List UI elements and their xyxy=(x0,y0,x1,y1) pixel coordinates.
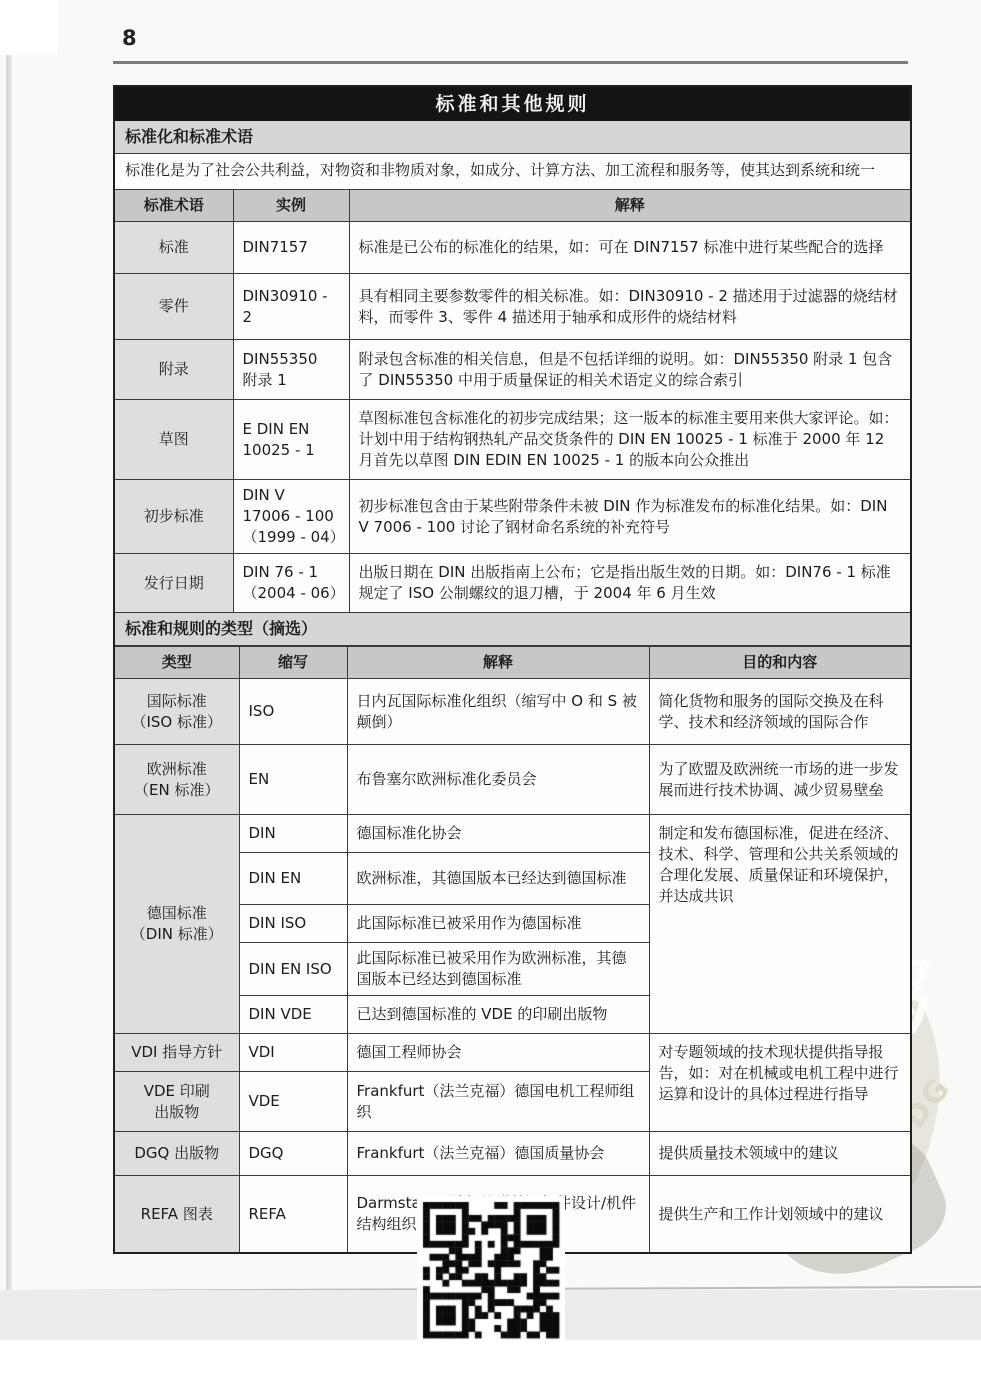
type-cell: DGQ 出版物 xyxy=(115,1132,239,1176)
table-row-en: 欧洲标准 （EN 标准） EN 布鲁塞尔欧洲标准化委员会 为了欧盟及欧洲统一市场… xyxy=(115,745,910,815)
scan-edge-shadow xyxy=(6,55,12,1290)
purpose-cell-din-group: 制定和发布德国标准，促进在经济、技术、科学、管理和公共关系领域的合理化发展、质量… xyxy=(649,815,910,1034)
column-header-abbr: 缩写 xyxy=(239,647,347,679)
purpose-cell: 提供生产和工作计划领域中的建议 xyxy=(649,1176,910,1252)
explanation-cell: 日内瓦国际标准化组织（缩写中 O 和 S 被颠倒） xyxy=(347,679,649,745)
explanation-cell: 草图标准包含标准化的初步完成结果；这一版本的标准主要用来供大家评论。如：计划中用… xyxy=(349,400,910,480)
page-number: 8 xyxy=(122,26,137,50)
explanation-cell: Frankfurt（法兰克福）德国电机工程师组织 xyxy=(347,1072,649,1132)
example-cell: DIN30910 - 2 xyxy=(233,274,349,340)
explanation-cell: 初步标准包含由于某些附带条件未被 DIN 作为标准发布的标准化结果。如：DIN … xyxy=(349,480,910,554)
explanation-cell: 出版日期在 DIN 出版指南上公布；它是指出版生效的日期。如：DIN76 - 1… xyxy=(349,554,910,612)
header-rule xyxy=(113,61,908,65)
explanation-cell: 已达到德国标准的 VDE 的印刷出版物 xyxy=(347,996,649,1034)
explanation-cell: 德国标准化协会 xyxy=(347,815,649,853)
explanation-cell: 附录包含标准的相关信息，但是不包括详细的说明。如：DIN55350 附录 1 包… xyxy=(349,340,910,400)
column-header-example: 实例 xyxy=(233,190,349,222)
column-header-explanation: 解释 xyxy=(349,190,910,222)
explanation-cell: 此国际标准已被采用作为欧洲标准，其德国版本已经达到德国标准 xyxy=(347,943,649,996)
table-row: 发行日期 DIN 76 - 1 （2004 - 06） 出版日期在 DIN 出版… xyxy=(115,554,910,612)
abbr-cell: DGQ xyxy=(239,1132,347,1176)
intro-text: 标准化是为了社会公共利益，对物资和非物质对象，如成分、计算方法、加工流程和服务等… xyxy=(115,154,910,189)
qr-code xyxy=(417,1196,565,1342)
purpose-cell: 简化货物和服务的国际交换及在科学、技术和经济领域的国际合作 xyxy=(649,679,910,745)
table-row: 初步标准 DIN V 17006 - 100 （1999 - 04） 初步标准包… xyxy=(115,480,910,554)
section-heading-types: 标准和规则的类型（摘选） xyxy=(115,612,910,646)
term-cell: 初步标准 xyxy=(115,480,233,554)
column-header-explanation: 解释 xyxy=(347,647,649,679)
term-cell: 发行日期 xyxy=(115,554,233,612)
table-row: 草图 E DIN EN 10025 - 1 草图标准包含标准化的初步完成结果；这… xyxy=(115,400,910,480)
scan-corner xyxy=(0,0,58,55)
abbr-cell: DIN xyxy=(239,815,347,853)
type-cell: REFA 图表 xyxy=(115,1176,239,1252)
table-header-row: 类型 缩写 解释 目的和内容 xyxy=(115,647,910,679)
explanation-cell: Frankfurt（法兰克福）德国质量协会 xyxy=(347,1132,649,1176)
purpose-cell: 为了欧盟及欧洲统一市场的进一步发展而进行技术协调、减少贸易壁垒 xyxy=(649,745,910,815)
table-row: 标准 DIN7157 标准是已公布的标准化的结果，如：可在 DIN7157 标准… xyxy=(115,222,910,274)
abbr-cell: DIN EN ISO xyxy=(239,943,347,996)
section-heading-terms: 标准化和标准术语 xyxy=(115,121,910,154)
example-cell: DIN55350 附录 1 xyxy=(233,340,349,400)
abbr-cell: DIN ISO xyxy=(239,905,347,943)
table-row-dgq: DGQ 出版物 DGQ Frankfurt（法兰克福）德国质量协会 提供质量技术… xyxy=(115,1132,910,1176)
column-header-term: 标准术语 xyxy=(115,190,233,222)
standard-terms-table: 标准术语 实例 解释 标准 DIN7157 标准是已公布的标准化的结果，如：可在… xyxy=(115,189,910,612)
document-panel: 标准和其他规则 标准化和标准术语 标准化是为了社会公共利益，对物资和非物质对象，… xyxy=(113,85,912,1254)
explanation-cell: 布鲁塞尔欧洲标准化委员会 xyxy=(347,745,649,815)
explanation-cell: 欧洲标准，其德国版本已经达到德国标准 xyxy=(347,853,649,905)
abbr-cell: VDE xyxy=(239,1072,347,1132)
column-header-type: 类型 xyxy=(115,647,239,679)
table-row-iso: 国际标准 （ISO 标准） ISO 日内瓦国际标准化组织（缩写中 O 和 S 被… xyxy=(115,679,910,745)
table-row: 附录 DIN55350 附录 1 附录包含标准的相关信息，但是不包括详细的说明。… xyxy=(115,340,910,400)
term-cell: 标准 xyxy=(115,222,233,274)
example-cell: DIN7157 xyxy=(233,222,349,274)
type-cell: VDE 印刷 出版物 xyxy=(115,1072,239,1132)
table-row-din: 德国标准 （DIN 标准） DIN 德国标准化协会 制定和发布德国标准，促进在经… xyxy=(115,815,910,853)
term-cell: 零件 xyxy=(115,274,233,340)
document-title-bar: 标准和其他规则 xyxy=(115,87,910,121)
abbr-cell: DIN VDE xyxy=(239,996,347,1034)
standard-types-table: 类型 缩写 解释 目的和内容 国际标准 （ISO 标准） ISO 日内瓦国际标准… xyxy=(115,646,910,1252)
column-header-purpose: 目的和内容 xyxy=(649,647,910,679)
abbr-cell: ISO xyxy=(239,679,347,745)
example-cell: DIN 76 - 1 （2004 - 06） xyxy=(233,554,349,612)
abbr-cell: EN xyxy=(239,745,347,815)
abbr-cell: DIN EN xyxy=(239,853,347,905)
abbr-cell: REFA xyxy=(239,1176,347,1252)
type-cell-din-group: 德国标准 （DIN 标准） xyxy=(115,815,239,1034)
explanation-cell: 具有相同主要参数零件的相关标准。如：DIN30910 - 2 描述用于过滤器的烧… xyxy=(349,274,910,340)
example-cell: DIN V 17006 - 100 （1999 - 04） xyxy=(233,480,349,554)
abbr-cell: VDI xyxy=(239,1034,347,1072)
term-cell: 草图 xyxy=(115,400,233,480)
type-cell: VDI 指导方针 xyxy=(115,1034,239,1072)
purpose-cell-vdi-vde-group: 对专题领域的技术现状提供指导报告，如：对在机械或电机工程中进行运算和设计的具体过… xyxy=(649,1034,910,1132)
explanation-cell: 德国工程师协会 xyxy=(347,1034,649,1072)
table-row: 零件 DIN30910 - 2 具有相同主要参数零件的相关标准。如：DIN309… xyxy=(115,274,910,340)
example-cell: E DIN EN 10025 - 1 xyxy=(233,400,349,480)
type-cell: 欧洲标准 （EN 标准） xyxy=(115,745,239,815)
table-header-row: 标准术语 实例 解释 xyxy=(115,190,910,222)
term-cell: 附录 xyxy=(115,340,233,400)
purpose-cell: 提供质量技术领域中的建议 xyxy=(649,1132,910,1176)
type-cell: 国际标准 （ISO 标准） xyxy=(115,679,239,745)
table-row-vdi: VDI 指导方针 VDI 德国工程师协会 对专题领域的技术现状提供指导报告，如：… xyxy=(115,1034,910,1072)
explanation-cell: 此国际标准已被采用作为德国标准 xyxy=(347,905,649,943)
explanation-cell: 标准是已公布的标准化的结果，如：可在 DIN7157 标准中进行某些配合的选择 xyxy=(349,222,910,274)
